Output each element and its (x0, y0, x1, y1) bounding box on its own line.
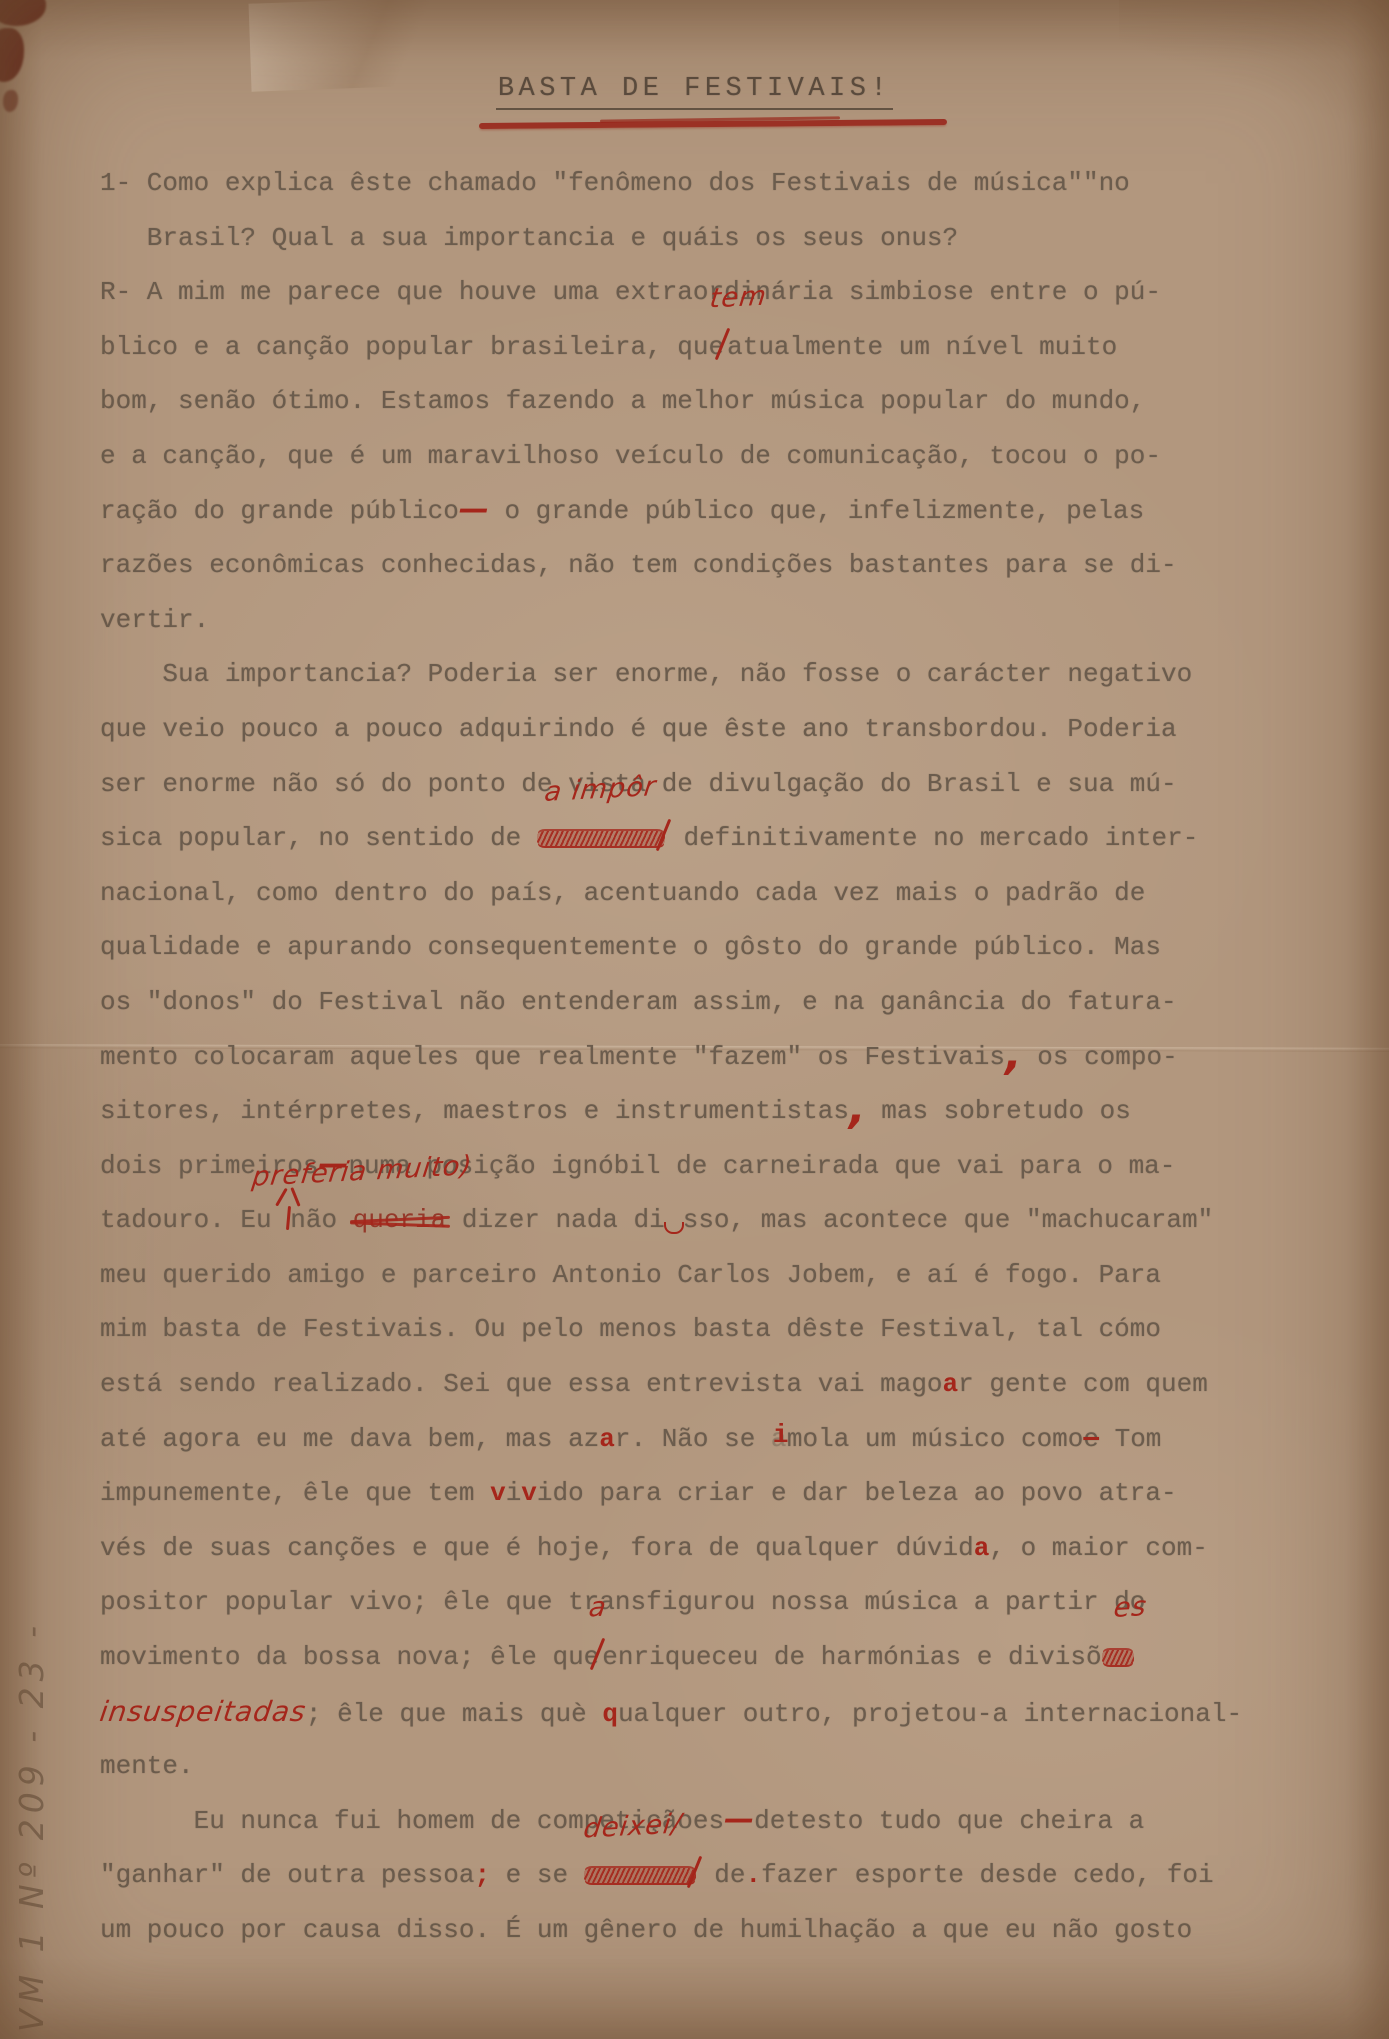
typed-text: R- A mim me parece que houve uma extraor… (100, 277, 1161, 307)
document-page: BASTA DE FESTIVAIS! 1- Como explica êste… (0, 0, 1389, 2039)
overtyped-correction: ai (771, 1412, 787, 1467)
typed-text: atualmente um nível muito (727, 332, 1117, 362)
typed-line: vertir. (100, 593, 1349, 648)
typed-text: "ganhar" de outra pessoa (100, 1860, 474, 1890)
red-scribble (584, 1868, 696, 1883)
red-overtype-char: q (602, 1699, 618, 1729)
red-ink-mark: — (459, 492, 489, 527)
typed-text: sso, mas acontece que "machucaram" (683, 1205, 1214, 1235)
red-struck-word: queria (353, 1205, 447, 1235)
typed-text: e se (490, 1860, 584, 1890)
red-insertion: deixei/ (696, 1872, 699, 1882)
red-overtype-char: v (521, 1478, 537, 1508)
typed-text: 1- Como explica êste chamado "fenômeno d… (100, 168, 1130, 198)
red-insertion: a impôr (665, 835, 668, 845)
typed-line: "ganhar" de outra pessoa; e se deixei/ d… (100, 1848, 1349, 1903)
typed-line: e a canção, que é um maravilhoso veículo… (100, 429, 1349, 484)
red-struck-char: e (1083, 1424, 1099, 1454)
typed-text: , o maior com- (989, 1533, 1207, 1563)
typed-line: bom, senão ótimo. Estamos fazendo a melh… (100, 374, 1349, 429)
typed-line: Brasil? Qual a sua importancia e quáis o… (100, 211, 1349, 266)
typed-text: razões econômicas conhecidas, não tem co… (100, 550, 1177, 580)
typed-text: ; êle que mais què (306, 1699, 602, 1729)
typed-line: Eu nunca fui homem de competiçãoes—detes… (100, 1794, 1349, 1849)
red-correction-char: i (773, 1408, 789, 1463)
red-overtype-char: ; (474, 1860, 490, 1890)
typed-line: mim basta de Festivais. Ou pelo menos ba… (100, 1302, 1349, 1357)
red-tie-mark (664, 1222, 684, 1234)
typed-text: ido para criar e dar beleza ao povo atra… (537, 1478, 1177, 1508)
typed-text: movimento da bossa nova; êle que (100, 1642, 599, 1672)
typed-line: vés de suas canções e que é hoje, fora d… (100, 1521, 1349, 1576)
margin-note: VM 1 Nº 209 - 23 - (12, 1620, 51, 2032)
typed-text: sica popular, no sentido de (100, 823, 537, 853)
typed-text: o grande público que, infelizmente, pela… (489, 496, 1144, 526)
red-overtype-char: a (599, 1424, 615, 1454)
page-title: BASTA DE FESTIVAIS! (496, 74, 893, 110)
typed-line: mente. (100, 1739, 1349, 1794)
paper-crease-top-right (1119, 0, 1389, 130)
typed-line: qualidade e apurando consequentemente o … (100, 920, 1349, 975)
typed-line: razões econômicas conhecidas, não tem co… (100, 538, 1349, 593)
typed-text: tadouro. Eu (100, 1205, 287, 1235)
insertion-text: deixei/ (580, 1797, 685, 1857)
insertion-text: tem (707, 270, 771, 327)
typed-text: sitores, intérpretes, maestros e instrum… (100, 1096, 849, 1126)
red-overtype-char: a (974, 1533, 990, 1563)
typed-text: definitivamente no mercado inter- (668, 823, 1199, 853)
red-insertion: preferia muito) (287, 1217, 290, 1227)
title-block: BASTA DE FESTIVAIS! (0, 74, 1389, 110)
typed-line: ração do grande público— o grande públic… (100, 484, 1349, 539)
typed-text: os compo- (1022, 1042, 1178, 1072)
red-insertion: a (599, 1654, 602, 1664)
typed-text: detesto tudo que cheira a (754, 1806, 1144, 1836)
insertion-text: es (1110, 1581, 1150, 1637)
typed-text: Sua importancia? Poderia ser enorme, não… (100, 659, 1192, 689)
typed-line: que veio pouco a pouco adquirindo é que … (100, 702, 1349, 757)
typed-text: até agora eu me dava bem, mas az (100, 1424, 599, 1454)
typed-line: está sendo realizado. Sei que essa entre… (100, 1357, 1349, 1412)
typed-text: nacional, como dentro do país, acentuand… (100, 878, 1145, 908)
red-ink-mark: , (849, 1083, 866, 1134)
typed-text: positor popular vivo; êle que transfigur… (100, 1587, 1145, 1617)
typed-text: não (290, 1205, 352, 1235)
typed-line: tadouro. Eu preferia muito)não queria di… (100, 1193, 1349, 1248)
typed-text: mas sobretudo os (866, 1096, 1131, 1126)
typed-text: mente. (100, 1751, 194, 1781)
typed-text: está sendo realizado. Sei que essa entre… (100, 1369, 943, 1399)
typed-text: Brasil? Qual a sua importancia e quáis o… (100, 223, 958, 253)
typed-text: r gente com quem (958, 1369, 1208, 1399)
typed-text: que veio pouco a pouco adquirindo é que … (100, 714, 1177, 744)
typed-text: enriqueceu de harmónias e divisõ (602, 1642, 1101, 1672)
red-ink-mark: — (724, 1802, 754, 1837)
typed-text: blico e a canção popular brasileira, que (100, 332, 724, 362)
typed-text: fazer esporte desde cedo, foi (761, 1860, 1213, 1890)
typed-line: mento colocaram aqueles que realmente "f… (100, 1030, 1349, 1085)
red-smudge (0, 0, 46, 26)
typescript-body: 1- Como explica êste chamado "fenômeno d… (100, 156, 1349, 1958)
typed-text: mento colocaram aqueles que realmente "f… (100, 1042, 1005, 1072)
red-scribble (537, 831, 665, 846)
red-overtype-char: . (746, 1860, 762, 1890)
typed-text: mola um músico como (787, 1424, 1083, 1454)
typed-line: Sua importancia? Poderia ser enorme, não… (100, 647, 1349, 702)
red-overtype-char: v (490, 1478, 506, 1508)
typed-line: insuspeitadas; êle que mais què qualquer… (100, 1685, 1349, 1740)
red-overtype-char: a (943, 1369, 959, 1399)
typed-line: até agora eu me dava bem, mas azar. Não … (100, 1412, 1349, 1467)
typed-text: vertir. (100, 605, 209, 635)
typed-line: um pouco por causa disso. É um gênero de… (100, 1903, 1349, 1958)
typed-text: mim basta de Festivais. Ou pelo menos ba… (100, 1314, 1161, 1344)
typed-line: ser enorme não só do ponto de vista de d… (100, 757, 1349, 812)
typed-text: meu querido amigo e parceiro Antonio Car… (100, 1260, 1161, 1290)
typed-line: movimento da bossa nova; êle queaenrique… (100, 1630, 1349, 1685)
typed-text: r. Não se (615, 1424, 771, 1454)
typed-text: ualquer outro, projetou-a internacional- (618, 1699, 1242, 1729)
typed-text: um pouco por causa disso. É um gênero de… (100, 1915, 1192, 1945)
typed-text: Tom (1099, 1424, 1161, 1454)
typed-text: dizer nada di (446, 1205, 664, 1235)
typed-line: meu querido amigo e parceiro Antonio Car… (100, 1248, 1349, 1303)
typed-text: qualidade e apurando consequentemente o … (100, 932, 1161, 962)
typed-text: bom, senão ótimo. Estamos fazendo a melh… (100, 386, 1145, 416)
typed-line: sitores, intérpretes, maestros e instrum… (100, 1084, 1349, 1139)
typed-text: i (506, 1478, 522, 1508)
red-handwritten-word: insuspeitadas (96, 1685, 310, 1740)
typed-line: sica popular, no sentido de a impôr defi… (100, 811, 1349, 866)
caret-fork-stroke (286, 1206, 291, 1230)
typed-text: de (699, 1860, 746, 1890)
red-insertion: es (1134, 1654, 1137, 1664)
typed-line: blico e a canção popular brasileira, que… (100, 320, 1349, 375)
typed-text: vés de suas canções e que é hoje, fora d… (100, 1533, 974, 1563)
insertion-text: a impôr (541, 760, 659, 820)
typed-line: os "donos" do Festival não entenderam as… (100, 975, 1349, 1030)
red-scribble (1102, 1650, 1134, 1665)
typed-line: nacional, como dentro do país, acentuand… (100, 866, 1349, 921)
typed-text: ração do grande público (100, 496, 459, 526)
red-ink-mark: , (1005, 1029, 1022, 1080)
typed-line: positor popular vivo; êle que transfigur… (100, 1575, 1349, 1630)
red-insertion: tem (724, 344, 727, 354)
typed-text: impunemente, êle que tem (100, 1478, 490, 1508)
typed-text: os "donos" do Festival não entenderam as… (100, 987, 1177, 1017)
typed-line: impunemente, êle que tem vivido para cri… (100, 1466, 1349, 1521)
typed-line: 1- Como explica êste chamado "fenômeno d… (100, 156, 1349, 211)
typed-text: e a canção, que é um maravilhoso veículo… (100, 441, 1161, 471)
